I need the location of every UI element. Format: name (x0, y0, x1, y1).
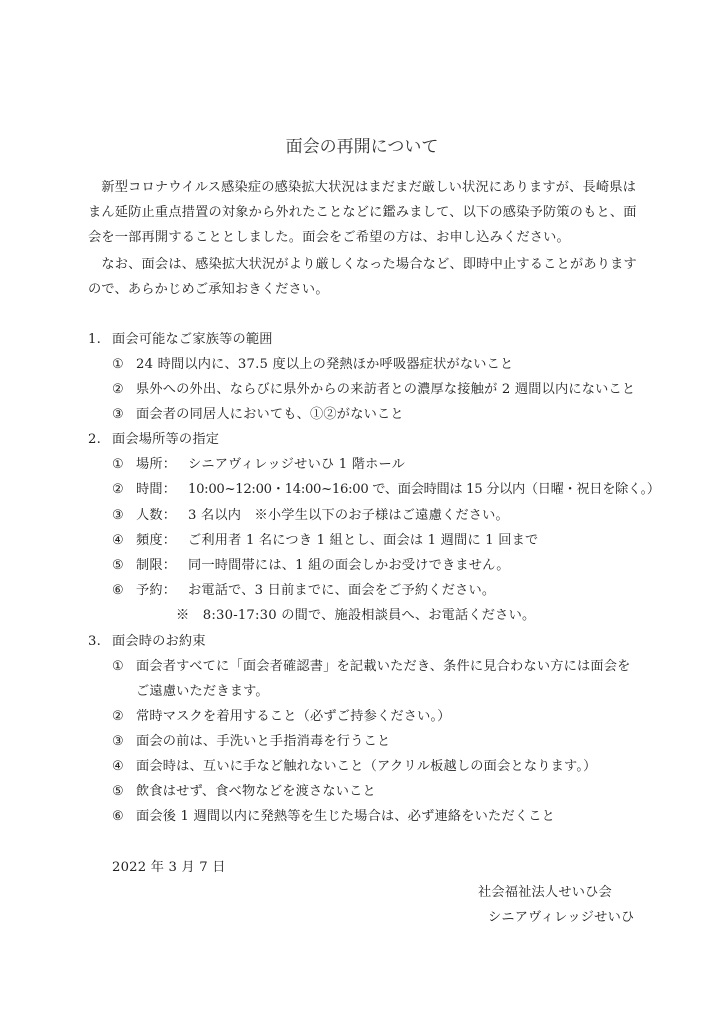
item-text: 10:00~12:00・14:00~16:00 で、面会時間は 15 分以内（日… (188, 482, 660, 497)
list-item: ④面会時は、互いに手など触れないこと（アクリル板越しの面会となります。） (112, 758, 597, 776)
intro-line: 会を一部再開することとしました。面会をご希望の方は、お申し込みください。 (88, 229, 570, 247)
item-label: 時間： (136, 481, 188, 499)
item-text: 面会者の同居人においても、①②がないこと (136, 407, 404, 422)
list-item: ②常時マスクを着用すること（必ずご持参ください。） (112, 708, 451, 726)
item-text: 面会後 1 週間以内に発熱等を生じた場合は、必ず連絡をいただくこと (136, 809, 555, 824)
list-item: ①面会者すべてに「面会者確認書」を記載いただき、条件に見合わない方には面会を (112, 658, 631, 676)
facility-name: シニアヴィレッジせいひ (488, 909, 634, 927)
item-label: 頻度： (136, 532, 188, 550)
item-text: 面会者すべてに「面会者確認書」を記載いただき、条件に見合わない方には面会を (136, 659, 631, 674)
circled-number: ⑥ (112, 582, 136, 600)
list-item: ④頻度：ご利用者 1 名につき 1 組とし、面会は 1 週間に 1 回まで (112, 532, 538, 550)
document-date: 2022 年 3 月 7 日 (112, 859, 226, 877)
circled-number: ② (112, 381, 136, 399)
circled-number: ① (112, 658, 136, 676)
item-continuation: ご遠慮いただきます。 (136, 683, 269, 701)
circled-number: ③ (112, 733, 136, 751)
circled-number: ③ (112, 507, 136, 525)
section-number: 1. (88, 331, 112, 349)
section-number: 2. (88, 431, 112, 449)
reservation-note: ※ 8:30-17:30 の間で、施設相談員へ、お電話ください。 (176, 607, 535, 625)
circled-number: ④ (112, 532, 136, 550)
section-heading-1: 1.面会可能なご家族等の範囲 (88, 331, 273, 349)
item-text: ご利用者 1 名につき 1 組とし、面会は 1 週間に 1 回まで (188, 533, 538, 548)
item-label: 制限： (136, 557, 188, 575)
circled-number: ② (112, 708, 136, 726)
section-title: 面会時のお約束 (112, 634, 206, 649)
intro-line: 新型コロナウイルス感染症の感染拡大状況はまだまだ厳しい状況にありますが、長崎県は (88, 179, 636, 197)
item-text: 県外への外出、ならびに県外からの来訪者との濃厚な接触が 2 週間以内にないこと (136, 382, 635, 397)
circled-number: ④ (112, 758, 136, 776)
item-text: 常時マスクを着用すること（必ずご持参ください。） (136, 709, 451, 724)
organization-name: 社会福祉法人せいひ会 (478, 884, 612, 902)
section-title: 面会可能なご家族等の範囲 (112, 332, 273, 347)
list-item: ③人数：3 名以内 ※小学生以下のお子様はご遠慮ください。 (112, 507, 509, 525)
item-text: 24 時間以内に、37.5 度以上の発熱ほか呼吸器症状がないこと (136, 357, 513, 372)
list-item: ③面会者の同居人においても、①②がないこと (112, 406, 404, 424)
list-item: ⑥予約：お電話で、3 日前までに、面会をご予約ください。 (112, 582, 495, 600)
item-text: 飲食はせず、食べ物などを渡さないこと (136, 784, 376, 799)
list-item: ②時間：10:00~12:00・14:00~16:00 で、面会時間は 15 分… (112, 481, 660, 499)
circled-number: ① (112, 456, 136, 474)
list-item: ①場所：シニアヴィレッジせいひ 1 階ホール (112, 456, 405, 474)
list-item: ⑥面会後 1 週間以内に発熱等を生じた場合は、必ず連絡をいただくこと (112, 808, 555, 826)
list-item: ①24 時間以内に、37.5 度以上の発熱ほか呼吸器症状がないこと (112, 356, 513, 374)
circled-number: ③ (112, 406, 136, 424)
item-text: 同一時間帯には、1 組の面会しかお受けできません。 (188, 558, 510, 573)
item-text: シニアヴィレッジせいひ 1 階ホール (188, 457, 405, 472)
list-item: ②県外への外出、ならびに県外からの来訪者との濃厚な接触が 2 週間以内にないこと (112, 381, 635, 399)
section-heading-2: 2.面会場所等の指定 (88, 431, 219, 449)
item-text: 面会の前は、手洗いと手指消毒を行うこと (136, 734, 390, 749)
item-label: 人数： (136, 507, 188, 525)
item-text: 面会時は、互いに手など触れないこと（アクリル板越しの面会となります。） (136, 759, 597, 774)
section-title: 面会場所等の指定 (112, 432, 219, 447)
circled-number: ① (112, 356, 136, 374)
intro-line: なお、面会は、感染拡大状況がより厳しくなった場合など、即時中止することがあります (88, 256, 637, 274)
circled-number: ⑤ (112, 783, 136, 801)
intro-line: ので、あらかじめご承知おきください。 (88, 281, 329, 299)
item-label: 場所： (136, 456, 188, 474)
list-item: ⑤飲食はせず、食べ物などを渡さないこと (112, 783, 376, 801)
item-text: 3 名以内 ※小学生以下のお子様はご遠慮ください。 (188, 508, 509, 523)
section-heading-3: 3.面会時のお約束 (88, 633, 206, 651)
list-item: ③面会の前は、手洗いと手指消毒を行うこと (112, 733, 390, 751)
circled-number: ⑥ (112, 808, 136, 826)
section-number: 3. (88, 633, 112, 651)
item-text: お電話で、3 日前までに、面会をご予約ください。 (188, 583, 495, 598)
item-label: 予約： (136, 582, 188, 600)
circled-number: ⑤ (112, 557, 136, 575)
circled-number: ② (112, 481, 136, 499)
list-item: ⑤制限：同一時間帯には、1 組の面会しかお受けできません。 (112, 557, 510, 575)
document-title: 面会の再開について (0, 132, 724, 157)
intro-line: まん延防止重点措置の対象から外れたことなどに鑑みまして、以下の感染予防策のもと、… (88, 204, 637, 222)
